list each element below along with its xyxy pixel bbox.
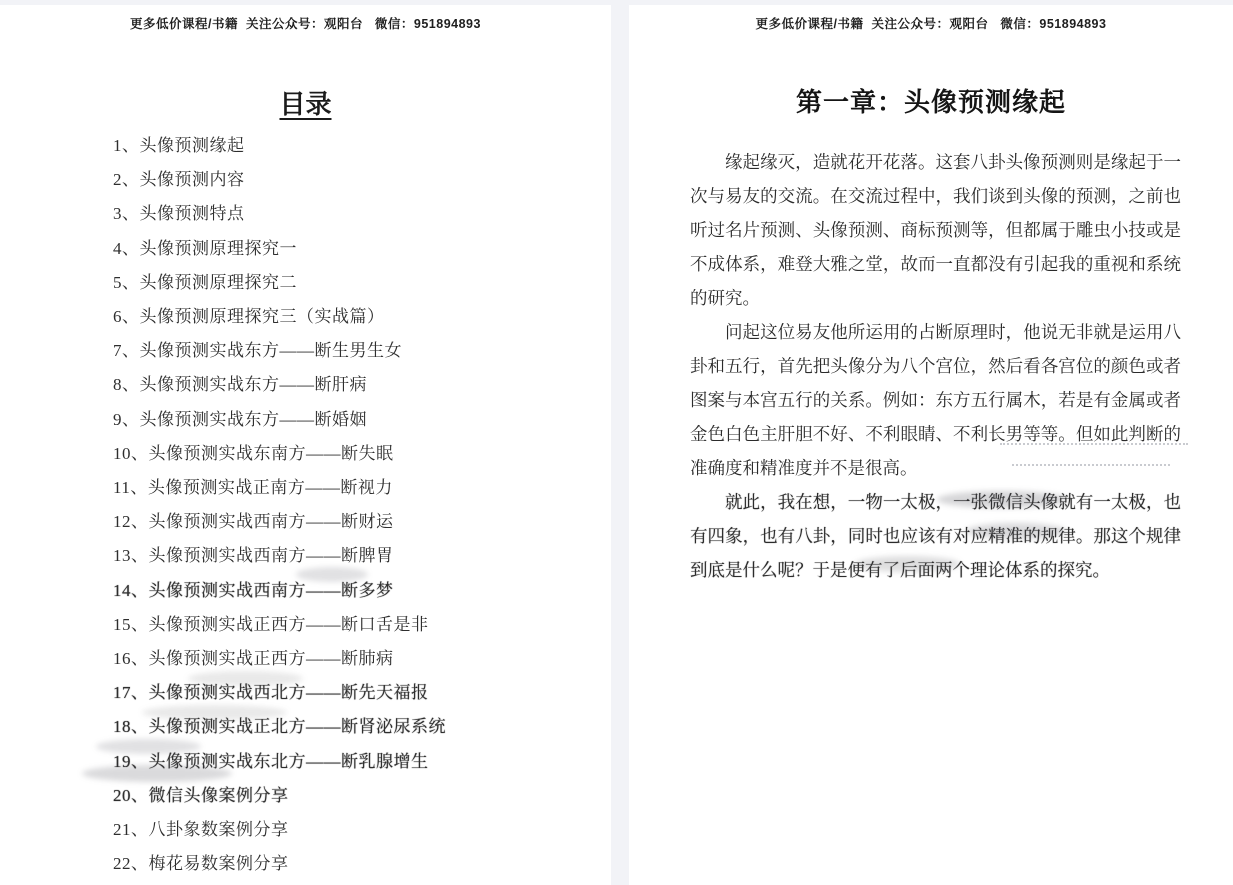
toc-item: 11、头像预测实战正南方——断视力 xyxy=(113,471,581,505)
toc-list: 1、头像预测缘起2、头像预测内容3、头像预测特点4、头像预测原理探究一5、头像预… xyxy=(0,129,611,881)
page-toc: 更多低价课程/书籍 关注公众号：观阳台 微信：951894893 目录 1、头像… xyxy=(0,5,611,885)
toc-item: 18、头像预测实战正北方——断肾泌尿系统 xyxy=(113,710,581,744)
toc-item: 8、头像预测实战东方——断肝病 xyxy=(113,368,581,402)
chapter-body: 缘起缘灭，造就花开花落。这套八卦头像预测则是缘起于一次与易友的交流。在交流过程中… xyxy=(629,145,1233,587)
toc-item: 9、头像预测实战东方——断婚姻 xyxy=(113,403,581,437)
toc-item: 1、头像预测缘起 xyxy=(113,129,581,163)
toc-item: 13、头像预测实战西南方——断脾胃 xyxy=(113,539,581,573)
toc-item: 2、头像预测内容 xyxy=(113,163,581,197)
chapter-paragraph: 就此，我在想，一物一太极，一张微信头像就有一太极，也有四象，也有八卦，同时也应该… xyxy=(690,485,1181,587)
page-gutter xyxy=(611,5,629,885)
chapter-paragraph: 问起这位易友他所运用的占断原理时，他说无非就是运用八卦和五行，首先把头像分为八个… xyxy=(690,315,1181,485)
toc-item: 15、头像预测实战正西方——断口舌是非 xyxy=(113,608,581,642)
promo-header: 更多低价课程/书籍 关注公众号：观阳台 微信：951894893 xyxy=(629,5,1233,32)
promo-header: 更多低价课程/书籍 关注公众号：观阳台 微信：951894893 xyxy=(0,5,611,32)
toc-item: 4、头像预测原理探究一 xyxy=(113,232,581,266)
toc-title: 目录 xyxy=(0,84,611,121)
toc-item: 6、头像预测原理探究三（实战篇） xyxy=(113,300,581,334)
toc-item: 22、梅花易数案例分享 xyxy=(113,847,581,881)
toc-item: 21、八卦象数案例分享 xyxy=(113,813,581,847)
toc-item: 17、头像预测实战西北方——断先天福报 xyxy=(113,676,581,710)
toc-item: 19、头像预测实战东北方——断乳腺增生 xyxy=(113,745,581,779)
toc-item: 3、头像预测特点 xyxy=(113,197,581,231)
toc-item: 12、头像预测实战西南方——断财运 xyxy=(113,505,581,539)
document-viewer[interactable]: 更多低价课程/书籍 关注公众号：观阳台 微信：951894893 目录 1、头像… xyxy=(0,0,1233,885)
page-spread: 更多低价课程/书籍 关注公众号：观阳台 微信：951894893 目录 1、头像… xyxy=(0,0,1233,885)
toc-item: 16、头像预测实战正西方——断肺病 xyxy=(113,642,581,676)
page-chapter: 更多低价课程/书籍 关注公众号：观阳台 微信：951894893 第一章：头像预… xyxy=(629,5,1233,885)
toc-item: 14、头像预测实战西南方——断多梦 xyxy=(113,574,581,608)
toc-item: 10、头像预测实战东南方——断失眠 xyxy=(113,437,581,471)
toc-item: 7、头像预测实战东方——断生男生女 xyxy=(113,334,581,368)
toc-item: 5、头像预测原理探究二 xyxy=(113,266,581,300)
toc-item: 20、微信头像案例分享 xyxy=(113,779,581,813)
chapter-paragraph: 缘起缘灭，造就花开花落。这套八卦头像预测则是缘起于一次与易友的交流。在交流过程中… xyxy=(690,145,1181,315)
chapter-title: 第一章：头像预测缘起 xyxy=(629,82,1233,119)
